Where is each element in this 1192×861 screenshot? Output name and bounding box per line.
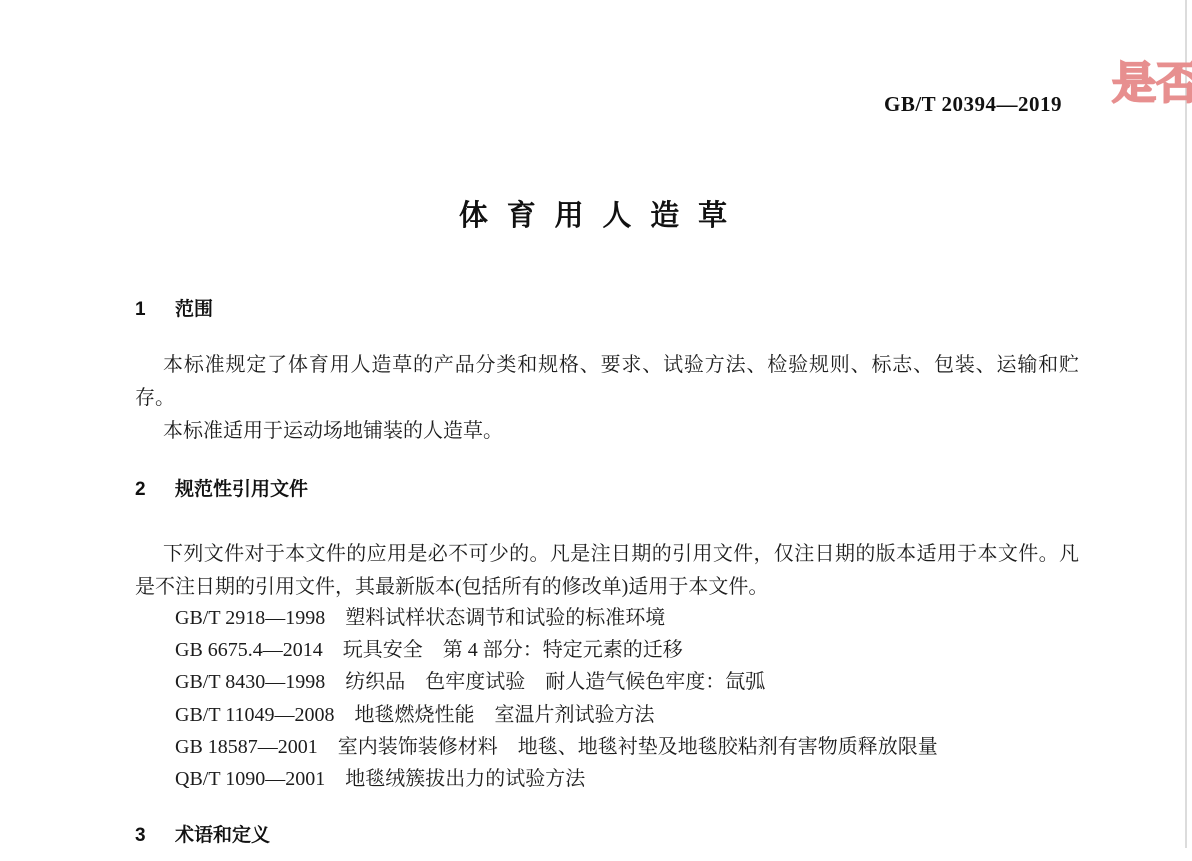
section-heading-references: 2 规范性引用文件 xyxy=(135,474,308,501)
references-intro-paragraph: 下列文件对于本文件的应用是必不可少的。凡是注日期的引用文件，仅注日期的版本适用于… xyxy=(135,538,1079,604)
section-number: 1 xyxy=(135,299,175,321)
section-heading-scope: 1 范围 xyxy=(135,294,213,321)
section-number: 3 xyxy=(135,825,175,847)
scope-paragraph-2: 本标准适用于运动场地铺装的人造草。 xyxy=(135,415,1079,448)
scope-paragraph-1: 本标准规定了体育用人造草的产品分类和规格、要求、试验方法、检验规则、标志、包装、… xyxy=(135,349,1079,415)
section-title: 术语和定义 xyxy=(175,820,270,847)
reference-item: QB/T 1090—2001 地毯绒簇拔出力的试验方法 xyxy=(135,763,1095,795)
section-heading-terms: 3 术语和定义 xyxy=(135,820,270,847)
document-page: GB/T 20394—2019 是否 体育用人造草 1 范围 本标准规定了体育用… xyxy=(0,0,1192,861)
watermark-text: 是否 xyxy=(1112,60,1192,108)
standard-number: GB/T 20394—2019 xyxy=(884,92,1064,117)
reference-item: GB 6675.4—2014 玩具安全 第 4 部分：特定元素的迁移 xyxy=(135,634,1095,666)
reference-item: GB/T 8430—1998 纺织品 色牢度试验 耐人造气候色牢度：氙弧 xyxy=(135,666,1095,698)
reference-item: GB 18587—2001 室内装饰装修材料 地毯、地毯衬垫及地毯胶粘剂有害物质… xyxy=(135,731,1095,763)
reference-item: GB/T 11049—2008 地毯燃烧性能 室温片剂试验方法 xyxy=(135,699,1095,731)
section-number: 2 xyxy=(135,479,175,501)
references-list: GB/T 2918—1998 塑料试样状态调节和试验的标准环境 GB 6675.… xyxy=(135,602,1095,795)
reference-item: GB/T 2918—1998 塑料试样状态调节和试验的标准环境 xyxy=(135,602,1095,634)
document-title: 体育用人造草 xyxy=(0,193,1186,234)
section-title: 规范性引用文件 xyxy=(175,474,308,501)
section-title: 范围 xyxy=(175,294,213,321)
page-edge-divider xyxy=(1185,0,1187,848)
